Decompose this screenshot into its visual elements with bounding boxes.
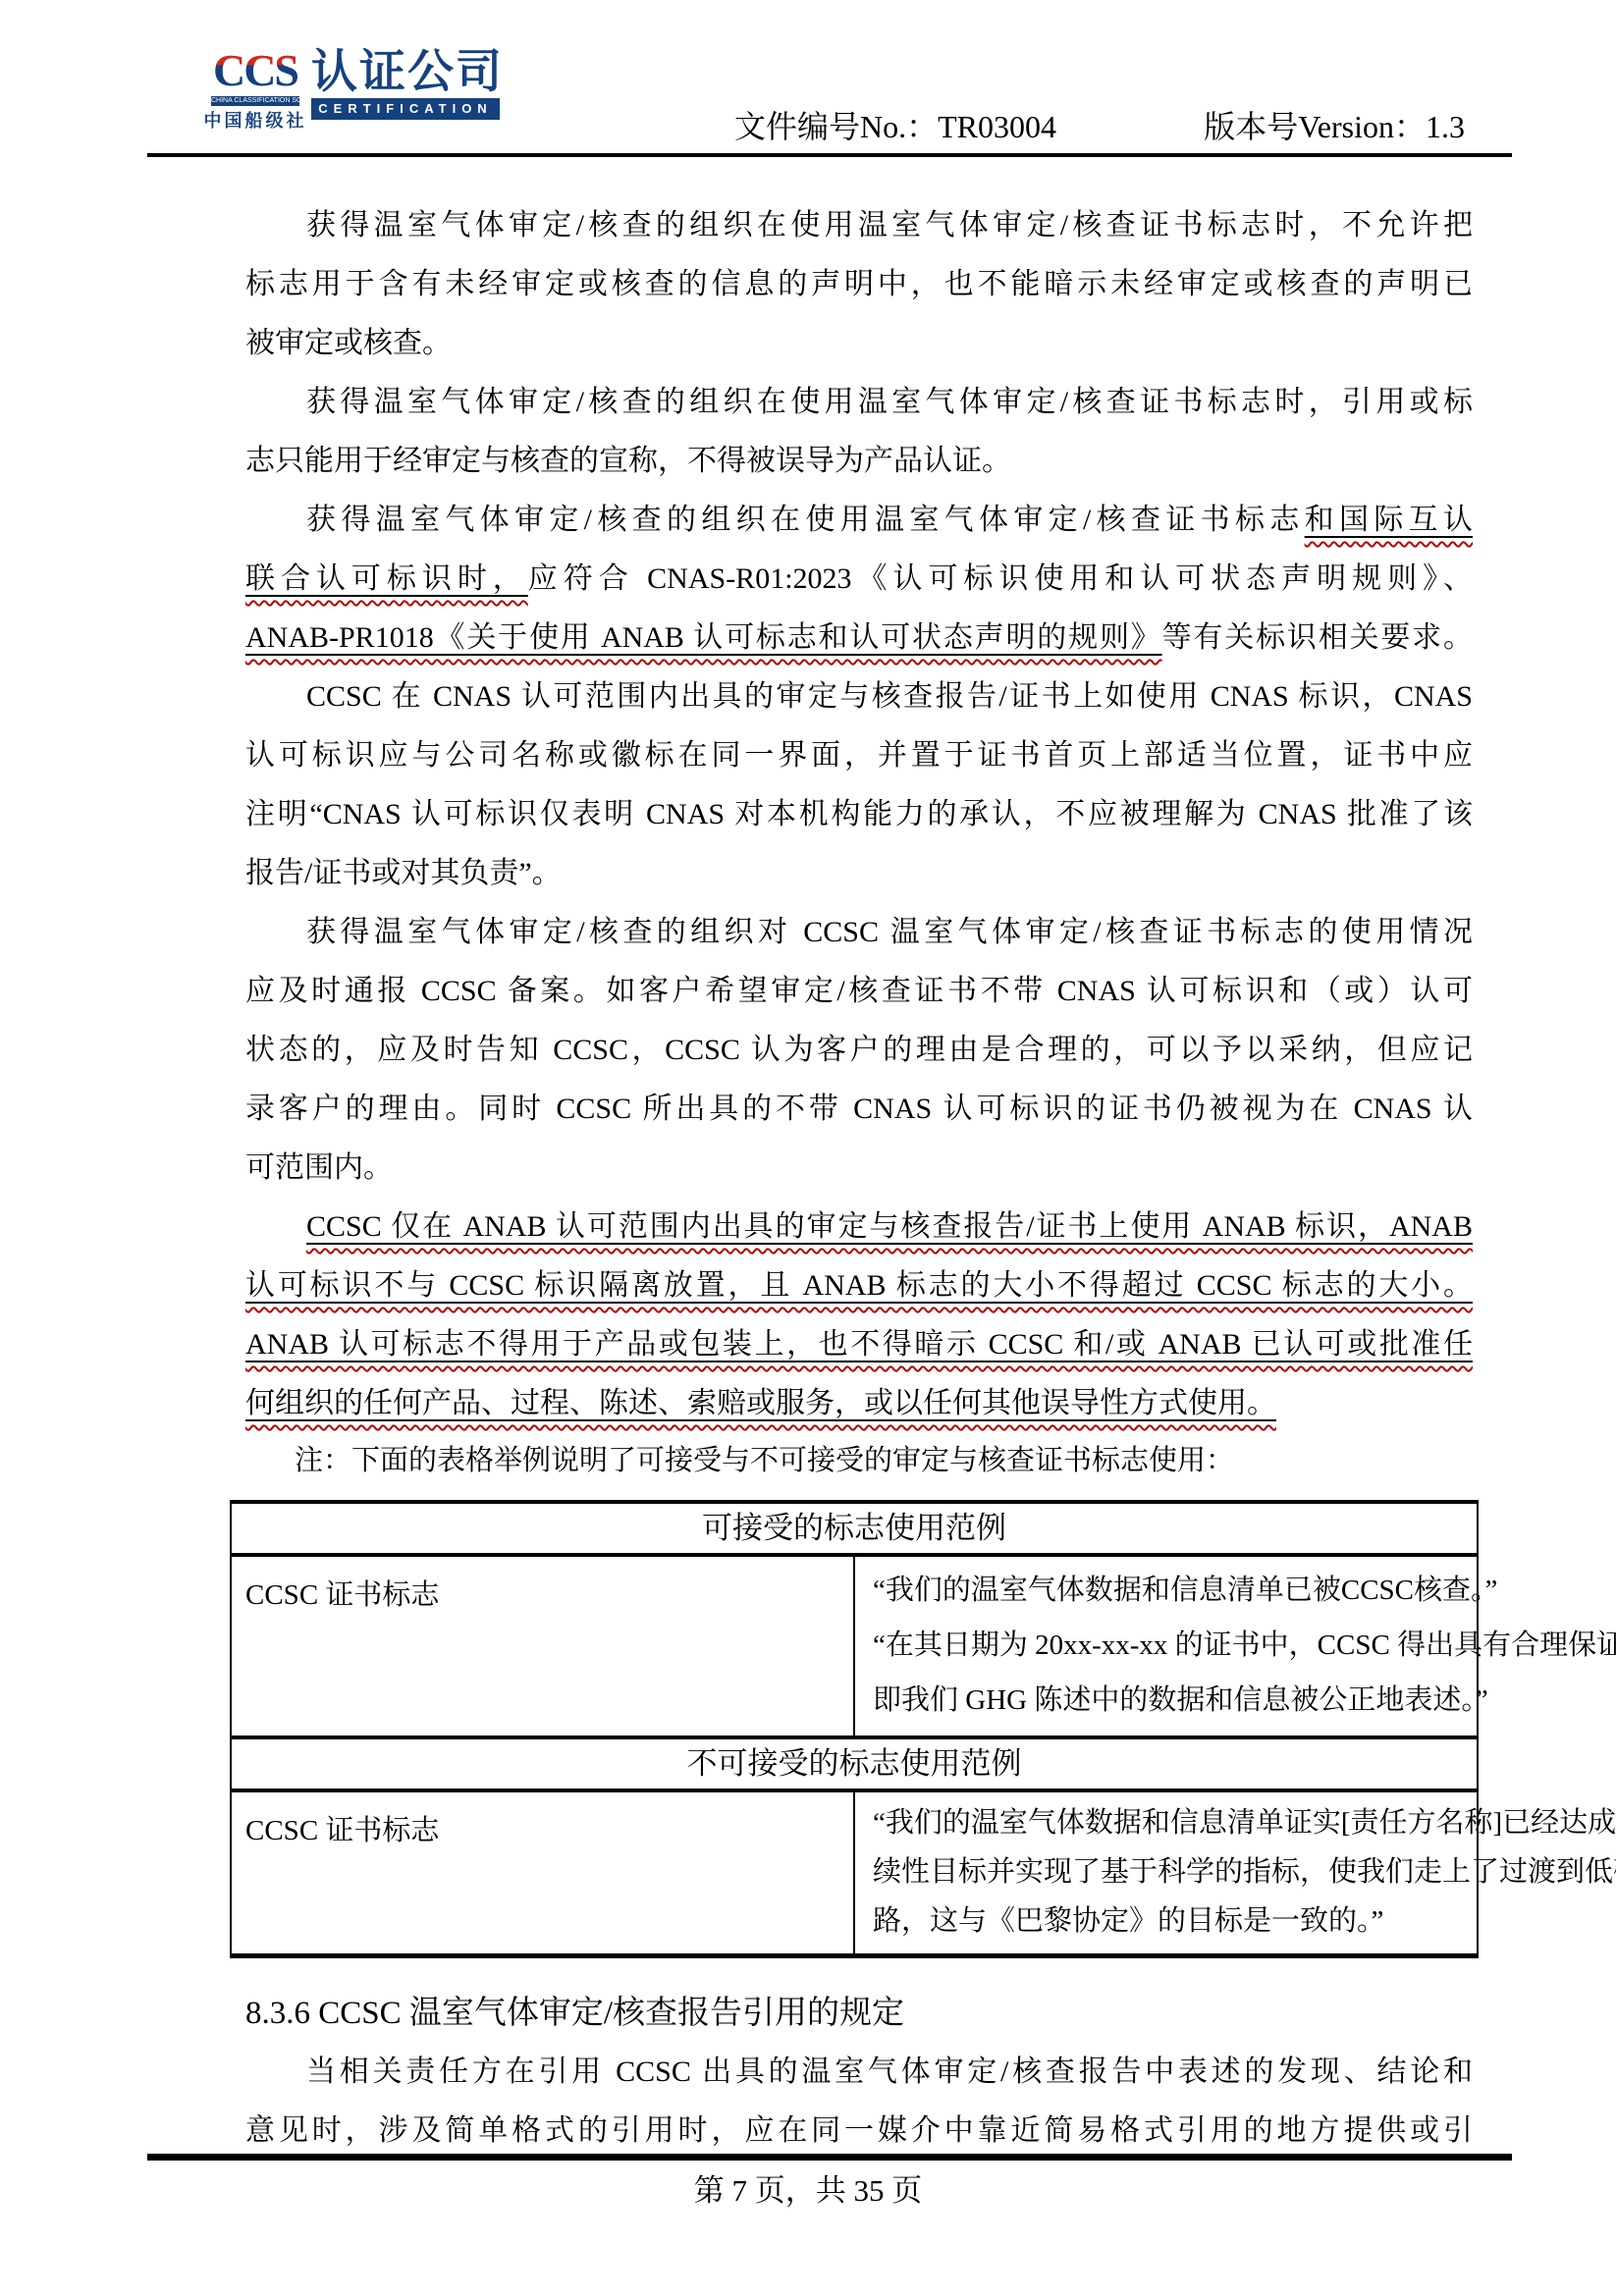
paragraph-line: 当相关责任方在引用 CCSC 出具的温室气体审定/核查报告中表述的发现、结论和 (245, 2043, 1473, 2102)
paragraph-line: ANAB 认可标志不得用于产品或包装上，也不得暗示 CCSC 和/或 ANAB … (245, 1315, 1473, 1374)
doc-meta: 文件编号No.：TR03004 版本号Version：1.3 (734, 102, 1465, 147)
underlined-text: 何组织的任何产品、过程、陈述、索赔或服务，或以任何其他误导性方式使用。 (245, 1387, 1276, 1419)
table-header-unacceptable-row: 不可接受的标志使用范例 (231, 1737, 1478, 1790)
table-cell-label: CCSC 证书标志 (231, 1790, 854, 1956)
quote-line: 即我们 GHG 陈述中的数据和信息被公正地表述。” (873, 1673, 1467, 1728)
plain-text: 应符合 CNAS-R01:2023《认可标识使用和认可状态声明规则》、 (528, 562, 1473, 595)
table-cell-quotes: “我们的温室气体数据和信息清单已被CCSC核查。” “在其日期为 20xx-xx… (854, 1555, 1478, 1737)
paragraph-3: 获得温室气体审定/核查的组织在使用温室气体审定/核查证书标志和国际互认 联合认可… (245, 491, 1473, 667)
paragraph-line: 注明“CNAS 认可标识仅表明 CNAS 对本机构能力的承认，不应被理解为 CN… (245, 785, 1473, 844)
paragraph-4: CCSC 在 CNAS 认可范围内出具的审定与核查报告/证书上如使用 CNAS … (245, 667, 1473, 903)
paragraph-line: 录客户的理由。同时 CCSC 所出具的不带 CNAS 认可标识的证书仍被视为在 … (245, 1080, 1473, 1139)
underlined-text: 和国际互认 (1305, 504, 1473, 536)
page-number: 第 7 页，共 35 页 (0, 2169, 1616, 2213)
table-header-acceptable: 可接受的标志使用范例 (231, 1502, 1478, 1555)
underlined-text: 联合认可标识时， (245, 562, 528, 595)
paragraph-line: 志只能用于经审定与核查的宣称，不得被误导为产品认证。 (245, 432, 1473, 491)
paragraph-line: 获得温室气体审定/核查的组织在使用温室气体审定/核查证书标志和国际互认 (245, 491, 1473, 550)
paragraph-line: 获得温室气体审定/核查的组织对 CCSC 温室气体审定/核查证书标志的使用情况 (245, 903, 1473, 962)
paragraph-5: 获得温室气体审定/核查的组织对 CCSC 温室气体审定/核查证书标志的使用情况 … (245, 903, 1473, 1198)
table-cell-quotes: “我们的温室气体数据和信息清单证实[责任方名称]已经达成其可持 续性目标并实现了… (854, 1790, 1478, 1956)
footer-rule (147, 2154, 1512, 2161)
table-header-unacceptable: 不可接受的标志使用范例 (231, 1737, 1478, 1790)
underlined-text: ANAB-PR1018《关于使用 ANAB 认可标志和认可状态声明的规则》 (245, 621, 1162, 654)
paragraph-line: ANAB-PR1018《关于使用 ANAB 认可标志和认可状态声明的规则》等有关… (245, 609, 1473, 667)
underlined-text: CCSC 仅在 ANAB 认可范围内出具的审定与核查报告/证书上使用 ANAB … (306, 1210, 1473, 1243)
table-header-acceptable-row: 可接受的标志使用范例 (231, 1502, 1478, 1555)
doc-number: 文件编号No.：TR03004 (734, 102, 1056, 147)
logo-certification-bar: CERTIFICATION (311, 98, 500, 120)
underlined-text: ANAB 认可标志不得用于产品或包装上，也不得暗示 CCSC 和/或 ANAB … (245, 1328, 1473, 1361)
paragraph-line: CCSC 在 CNAS 认可范围内出具的审定与核查报告/证书上如使用 CNAS … (245, 667, 1473, 726)
paragraph-line: 联合认可标识时，应符合 CNAS-R01:2023《认可标识使用和认可状态声明规… (245, 550, 1473, 609)
logo-company-name: 认证公司 (311, 51, 504, 94)
paragraph-line: 报告/证书或对其负责”。 (245, 844, 1473, 903)
paragraph-line: 标志用于含有未经审定或核查的信息的声明中，也不能暗示未经审定或核查的声明已 (245, 255, 1473, 314)
paragraph-2: 获得温室气体审定/核查的组织在使用温室气体审定/核查证书标志时，引用或标 志只能… (245, 373, 1473, 491)
paragraph-7: 当相关责任方在引用 CCSC 出具的温室气体审定/核查报告中表述的发现、结论和 … (245, 2043, 1473, 2161)
quote-line: 续性目标并实现了基于科学的指标，使我们走上了过渡到低碳经济的道 (873, 1847, 1467, 1896)
paragraph-line: 获得温室气体审定/核查的组织在使用温室气体审定/核查证书标志时，不允许把 (245, 196, 1473, 255)
quote-line: “我们的温室气体数据和信息清单证实[责任方名称]已经达成其可持 (873, 1798, 1467, 1847)
document-body: 获得温室气体审定/核查的组织在使用温室气体审定/核查证书标志时，不允许把 标志用… (245, 196, 1473, 2161)
plain-text: 等有关标识相关要求。 (1162, 621, 1473, 654)
paragraph-line: 应及时通报 CCSC 备案。如客户希望审定/核查证书不带 CNAS 认可标识和（… (245, 962, 1473, 1021)
paragraph-1: 获得温室气体审定/核查的组织在使用温室气体审定/核查证书标志时，不允许把 标志用… (245, 196, 1473, 373)
marks-table: 可接受的标志使用范例 CCSC 证书标志 “我们的温室气体数据和信息清单已被CC… (230, 1500, 1479, 1958)
quote-line: “在其日期为 20xx-xx-xx 的证书中，CCSC 得出具有合理保证的结论， (873, 1618, 1467, 1673)
quote-line: 路，这与《巴黎协定》的目标是一致的。” (873, 1896, 1467, 1946)
paragraph-6: CCSC 仅在 ANAB 认可范围内出具的审定与核查报告/证书上使用 ANAB … (245, 1198, 1473, 1433)
paragraph-line: 状态的，应及时告知 CCSC，CCSC 认为客户的理由是合理的，可以予以采纳，但… (245, 1021, 1473, 1080)
table-row-acceptable: CCSC 证书标志 “我们的温室气体数据和信息清单已被CCSC核查。” “在其日… (231, 1555, 1478, 1737)
paragraph-line: CCSC 仅在 ANAB 认可范围内出具的审定与核查报告/证书上使用 ANAB … (245, 1198, 1473, 1256)
logo-ccs-text: CCS CCS (213, 51, 297, 94)
quote-line: “我们的温室气体数据和信息清单已被CCSC核查。” (873, 1563, 1467, 1618)
paragraph-line: 认可标识不与 CCSC 标识隔离放置，且 ANAB 标志的大小不得超过 CCSC… (245, 1256, 1473, 1315)
paragraph-line: 认可标识应与公司名称或徽标在同一界面，并置于证书首页上部适当位置，证书中应 (245, 726, 1473, 785)
logo-society-cn: 中国船级社 (204, 107, 307, 133)
header-rule (147, 153, 1512, 157)
paragraph-line: 可范围内。 (245, 1139, 1473, 1198)
doc-version: 版本号Version：1.3 (1204, 102, 1465, 147)
logo-left-column: CCS CCS CHINA CLASSIFICATION SOCIETY 中国船… (211, 51, 299, 133)
underlined-text: 认可标识不与 CCSC 标识隔离放置，且 ANAB 标志的大小不得超过 CCSC… (245, 1269, 1473, 1302)
ccs-logo: CCS CCS CHINA CLASSIFICATION SOCIETY 中国船… (211, 51, 504, 133)
logo-society-en-bar: CHINA CLASSIFICATION SOCIETY (211, 96, 299, 106)
table-row-unacceptable: CCSC 证书标志 “我们的温室气体数据和信息清单证实[责任方名称]已经达成其可… (231, 1790, 1478, 1956)
paragraph-line: 获得温室气体审定/核查的组织在使用温室气体审定/核查证书标志时，引用或标 (245, 373, 1473, 432)
paragraph-line: 何组织的任何产品、过程、陈述、索赔或服务，或以任何其他误导性方式使用。 (245, 1374, 1473, 1433)
document-page: CCS CCS CHINA CLASSIFICATION SOCIETY 中国船… (0, 0, 1616, 2296)
paragraph-line: 意见时，涉及简单格式的引用时，应在同一媒介中靠近简易格式引用的地方提供或引 (245, 2102, 1473, 2161)
plain-text: 获得温室气体审定/核查的组织在使用温室气体审定/核查证书标志 (306, 504, 1305, 536)
section-heading: 8.3.6 CCSC 温室气体审定/核查报告引用的规定 (245, 1984, 1473, 2043)
table-cell-label: CCSC 证书标志 (231, 1555, 854, 1737)
logo-right-column: 认证公司 CERTIFICATION (311, 51, 504, 120)
paragraph-line: 被审定或核查。 (245, 314, 1473, 373)
note-line: 注：下面的表格举例说明了可接受与不可接受的审定与核查证书标志使用： (245, 1437, 1473, 1484)
